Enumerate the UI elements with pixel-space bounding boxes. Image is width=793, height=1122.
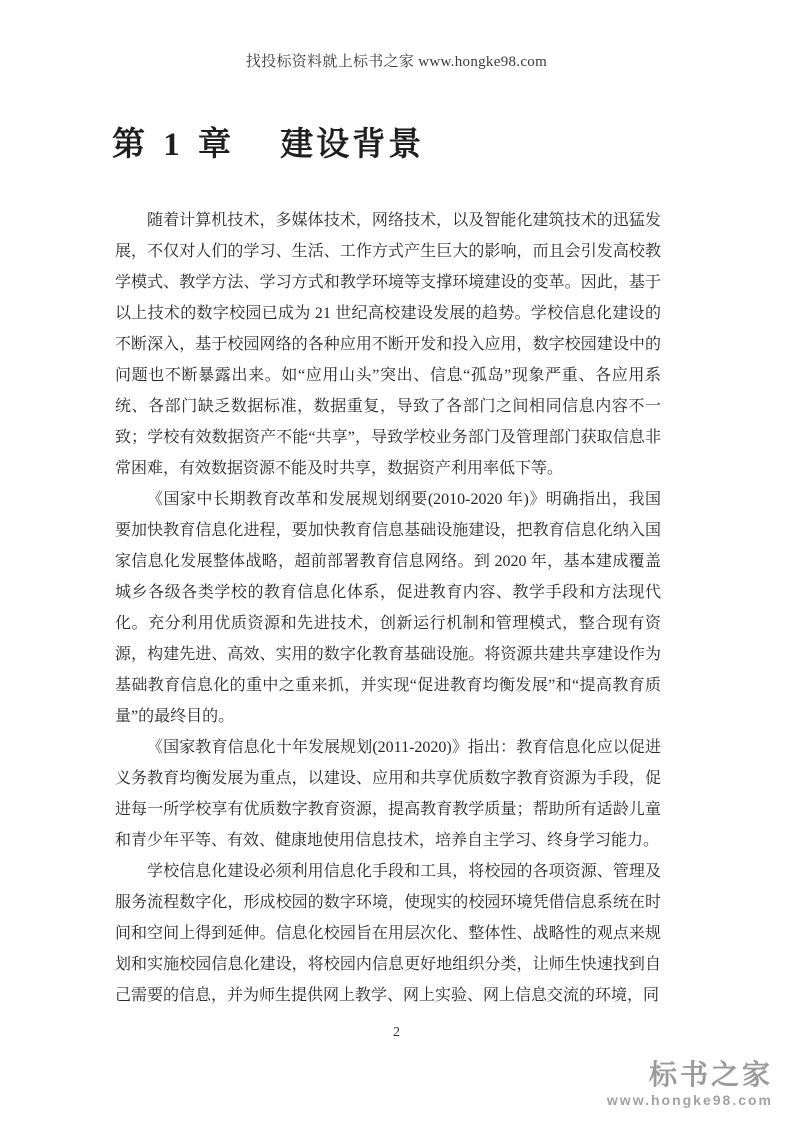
watermark: 标书之家 www.hongke98.com	[607, 1059, 773, 1108]
paragraph-2: 《国家中长期教育改革和发展规划纲要(2010-2020 年)》明确指出，我国要加…	[115, 484, 661, 732]
watermark-brand-text: 标书之家	[607, 1059, 773, 1091]
watermark-url-text: www.hongke98.com	[607, 1092, 773, 1108]
document-page: 找投标资料就上标书之家 www.hongke98.com 第 1 章 建设背景 …	[0, 0, 793, 1122]
chapter-title: 建设背景	[280, 127, 424, 163]
body-text: 随着计算机技术，多媒体技术，网络技术，以及智能化建筑技术的迅猛发展，不仅对人们的…	[115, 205, 661, 1011]
page-number: 2	[0, 1025, 793, 1041]
paragraph-1: 随着计算机技术，多媒体技术，网络技术，以及智能化建筑技术的迅猛发展，不仅对人们的…	[115, 205, 661, 484]
chapter-number: 第 1 章	[112, 127, 236, 163]
paragraph-3: 《国家教育信息化十年发展规划(2011-2020)》指出：教育信息化应以促进义务…	[115, 732, 661, 856]
paragraph-4: 学校信息化建设必须利用信息化手段和工具，将校园的各项资源、管理及服务流程数字化，…	[115, 856, 661, 1011]
running-header: 找投标资料就上标书之家 www.hongke98.com	[0, 50, 793, 71]
chapter-heading: 第 1 章 建设背景	[112, 122, 424, 168]
